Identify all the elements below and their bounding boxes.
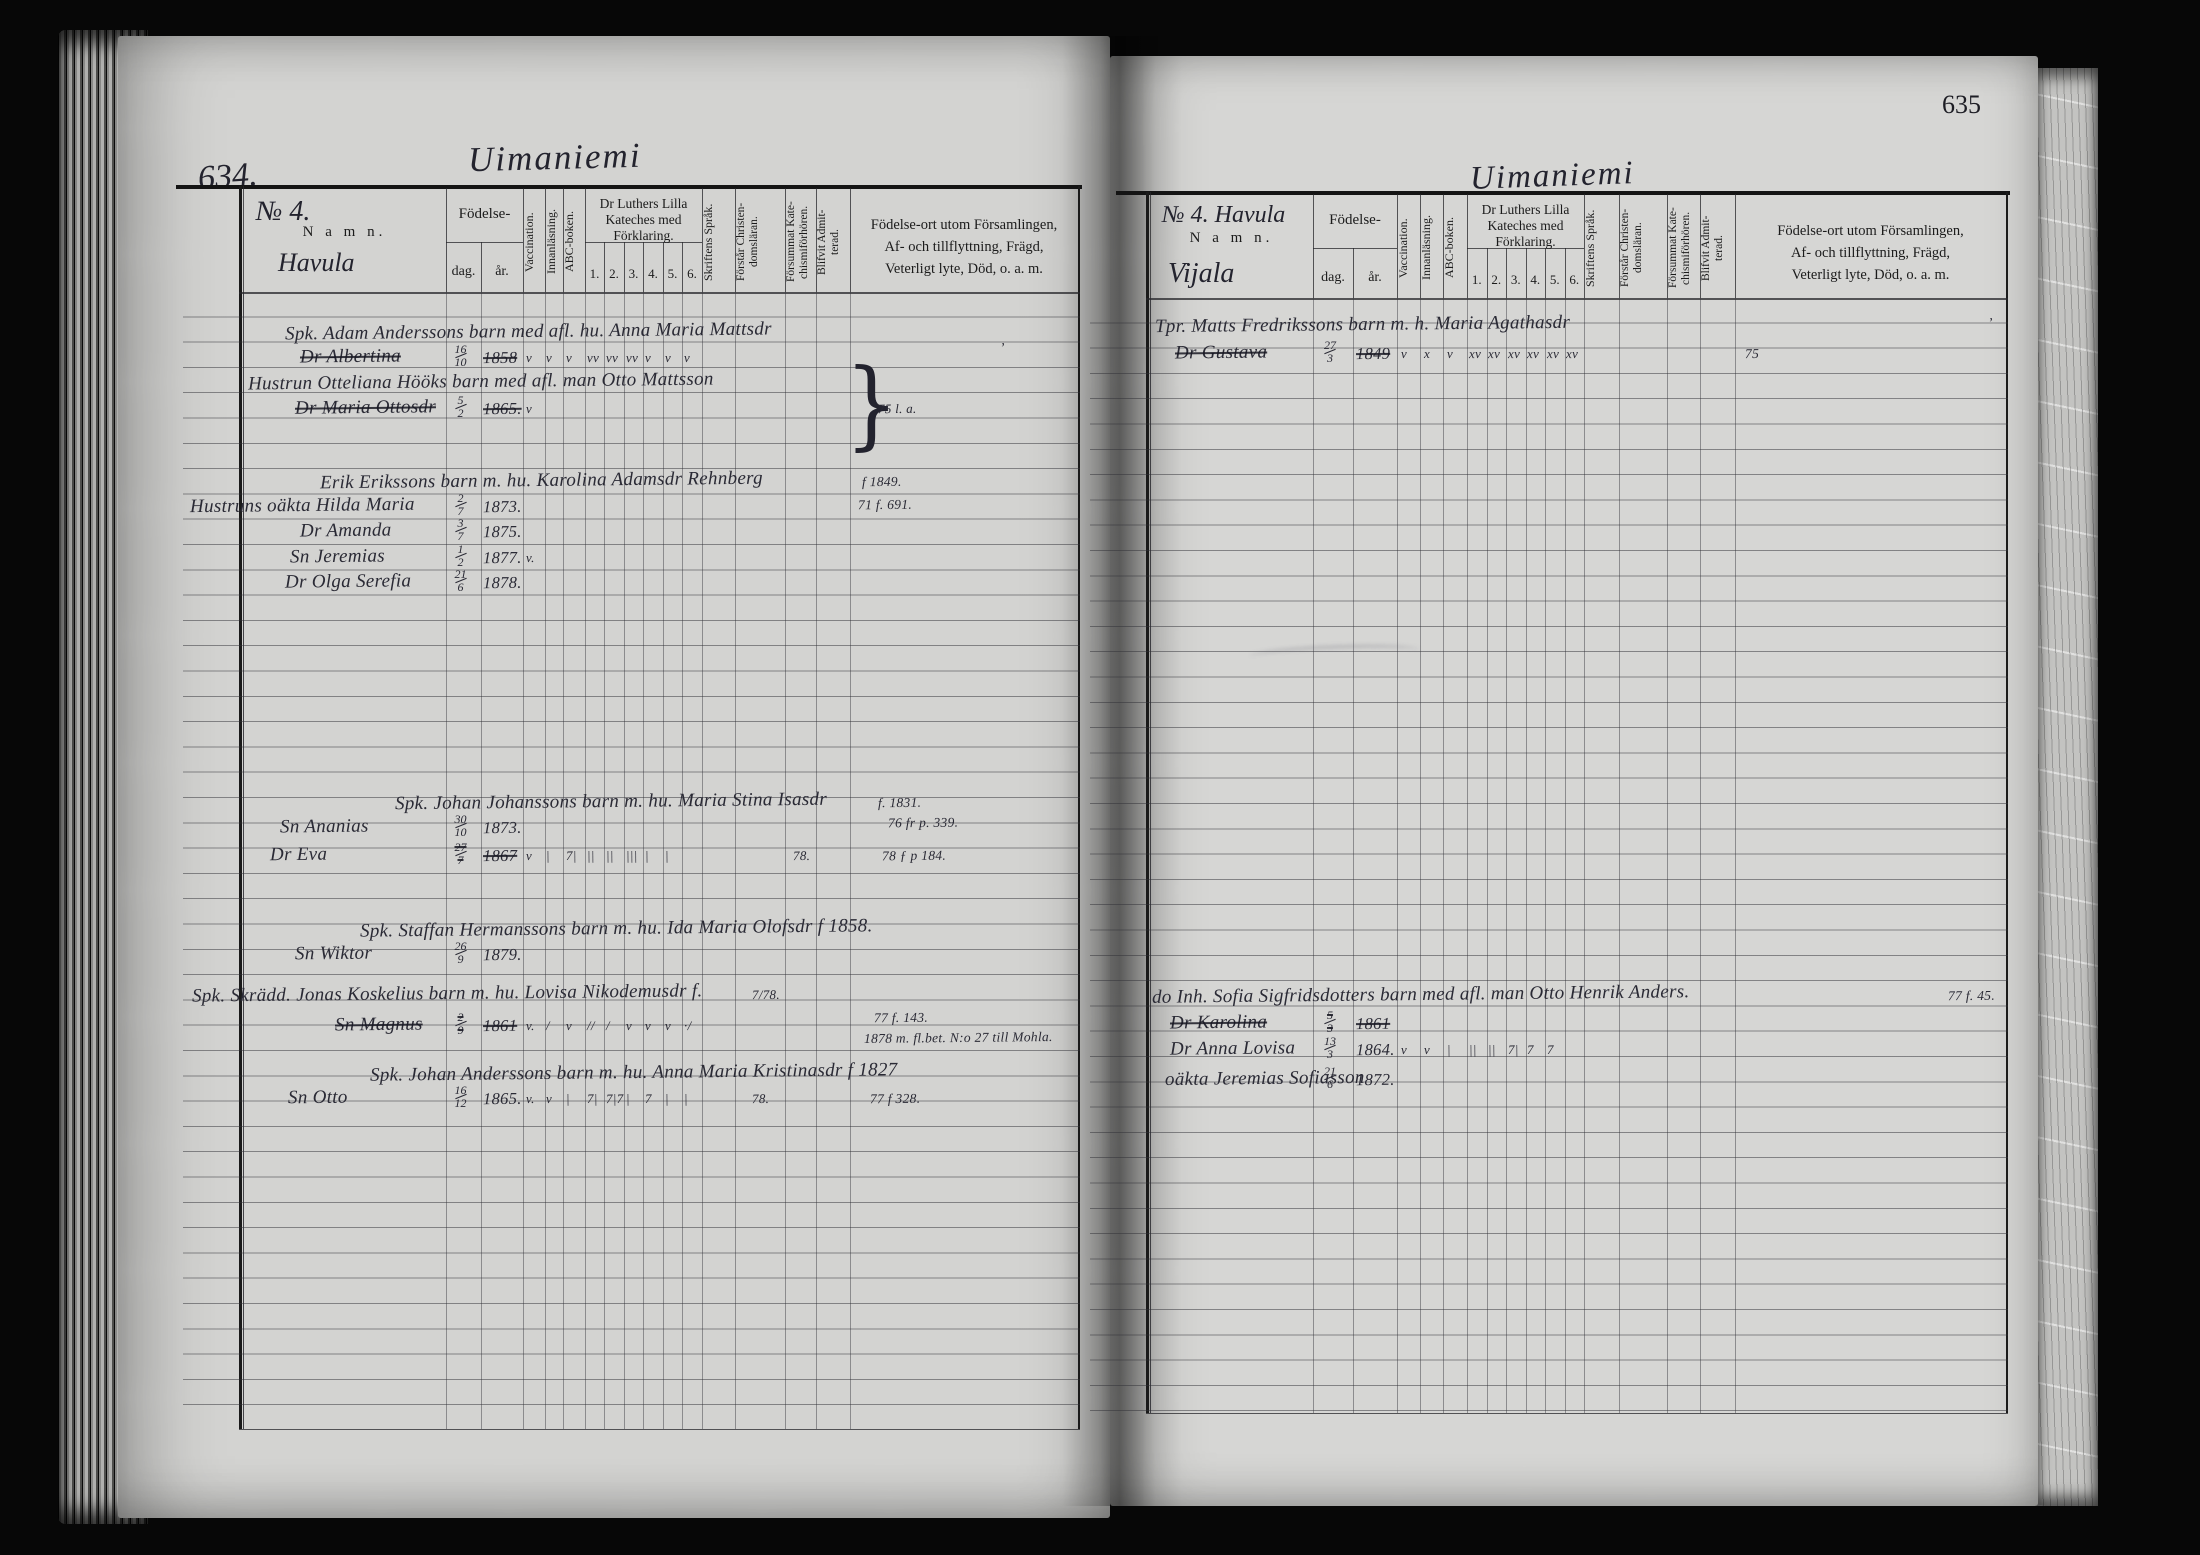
birth-year-struck: 1849	[1356, 344, 1390, 364]
header-bottom-rule	[1146, 298, 2008, 300]
header-katekes-number: 3.	[1506, 272, 1526, 288]
record-mark: xv	[1527, 346, 1539, 362]
birth-day-fraction: 216	[1324, 1066, 1336, 1089]
birth-day-fraction: 3010	[455, 814, 467, 837]
header-vaccination: Vaccination.	[523, 194, 545, 290]
table-left-border	[1146, 192, 1149, 1413]
person-name: Hustruns oäkta Hilda Maria	[190, 494, 415, 518]
body-column-line	[585, 292, 586, 1429]
header-katekes: Dr Luthers Lilla Kateches med Förklaring…	[585, 196, 702, 244]
record-mark: v	[526, 350, 532, 366]
person-name: Sn Wiktor	[295, 943, 372, 966]
body-column-line	[1619, 298, 1620, 1413]
header-forstar-christendomslaran: Förstår Christen- domsläran.	[1619, 200, 1667, 296]
birth-year: 1879.	[483, 945, 522, 965]
body-column-line	[682, 292, 683, 1429]
record-mark: /	[606, 1018, 610, 1034]
record-mark: |	[546, 848, 550, 864]
record-mark: 7|	[1508, 1041, 1519, 1057]
record-mark: 7	[645, 1091, 652, 1107]
birth-year-struck: 1867	[483, 846, 517, 866]
header-dag: dag.	[1313, 270, 1353, 286]
person-name: Sn Ananias	[280, 816, 369, 839]
record-mark: xv	[1508, 346, 1520, 362]
body-column-line	[446, 292, 447, 1429]
record-mark: v	[645, 1018, 651, 1034]
person-name struck: Dr Gustava	[1175, 341, 1267, 364]
header-forsummat-katechismiforhoren: Försummat Kate- chismiförhören.	[785, 194, 816, 290]
person-name: Sn Jeremias	[290, 545, 385, 568]
birth-year-struck: 1865.	[483, 398, 522, 418]
record-mark: v	[566, 350, 572, 366]
body-column-line	[643, 292, 644, 1429]
record-mark: ||	[586, 848, 594, 864]
record-mark: 7/78.	[752, 987, 780, 1003]
header-notes-column: Födelse-ort utom Församlingen, Af- och t…	[1735, 220, 2006, 286]
birth-year: 1872.	[1356, 1070, 1395, 1090]
right-household-number: № 4. Havula	[1162, 202, 1285, 229]
body-column-line	[1443, 298, 1444, 1413]
fodelse-split-rule	[1313, 248, 1397, 249]
header-abc-boken: ABC-boken.	[1443, 200, 1467, 296]
birth-day-fraction: 1612	[455, 1085, 467, 1108]
body-column-line	[850, 292, 851, 1429]
body-column-line	[1700, 298, 1701, 1413]
record-mark: x	[1423, 346, 1429, 362]
person-name struck: Sn Magnus	[335, 1013, 423, 1036]
record-mark: |	[684, 1091, 688, 1107]
body-column-line	[735, 292, 736, 1429]
table-right-border	[1078, 186, 1080, 1429]
birth-day-fraction: 269	[455, 941, 467, 964]
birth-day-fraction: 277	[455, 842, 467, 865]
person-name struck: Dr Maria Ottosdr	[295, 396, 436, 419]
birth-day-fraction: 273	[1324, 340, 1336, 363]
birth-day-fraction: 133	[1324, 1036, 1336, 1059]
birth-year: 1873.	[483, 818, 522, 838]
body-column-line	[1545, 298, 1546, 1413]
family-header-entry: Tpr. Matts Fredrikssons barn m. h. Maria…	[1155, 312, 1570, 338]
record-mark: v	[1423, 1041, 1429, 1057]
body-column-line	[1667, 298, 1668, 1413]
birth-year: 1878.	[483, 573, 522, 593]
header-ar: år.	[1353, 270, 1397, 286]
body-column-line	[1150, 298, 1151, 1413]
body-column-line	[1565, 298, 1566, 1413]
body-column-line	[523, 292, 524, 1429]
person-name: Dr Eva	[270, 844, 327, 867]
left-village-name: Havula	[278, 248, 355, 278]
birth-year: 1877.	[483, 548, 522, 568]
record-mark: v.	[526, 1018, 535, 1034]
record-mark: vv	[606, 350, 618, 366]
body-column-line	[702, 292, 703, 1429]
header-bottom-rule	[239, 292, 1080, 294]
left-page-title-script: Uimaniemi	[468, 136, 643, 181]
header-innanlasning: Innanläsning.	[1420, 200, 1443, 296]
birth-year: 1873.	[483, 497, 522, 517]
record-mark: xv	[1469, 346, 1481, 362]
register-note: 77 f. 143.	[874, 1010, 928, 1027]
person-name: Dr Anna Lovisa	[1170, 1037, 1295, 1060]
header-katekes-number: 6.	[1565, 272, 1585, 288]
register-note: f. 1831.	[878, 795, 921, 811]
header-skriftens-sprak: Skriftens Språk.	[1584, 200, 1619, 296]
body-column-line	[624, 292, 625, 1429]
record-mark: vv	[625, 350, 637, 366]
register-note: 77 f. 45.	[1948, 988, 1995, 1004]
table-right-border	[2006, 192, 2008, 1413]
table-top-rule	[176, 185, 1082, 189]
record-mark: 7	[1527, 1041, 1534, 1057]
book-right-page-edges	[2036, 68, 2098, 1506]
body-column-line	[563, 292, 564, 1429]
header-namn: N a m n.	[243, 224, 446, 241]
body-column-line	[663, 292, 664, 1429]
birth-year: 1864.	[1356, 1039, 1395, 1059]
person-name: Sn Otto	[288, 1087, 348, 1110]
record-mark: xv	[1488, 346, 1500, 362]
header-katekes: Dr Luthers Lilla Kateches med Förklaring…	[1467, 202, 1584, 250]
table-left-border	[239, 186, 242, 1429]
person-name: Dr Amanda	[300, 520, 392, 543]
header-vaccination: Vaccination.	[1397, 200, 1420, 296]
header-dag: dag.	[446, 264, 481, 280]
margin-brace-note: 75 l. a.	[878, 400, 917, 416]
body-column-line	[1487, 298, 1488, 1413]
record-mark: v	[566, 1018, 572, 1034]
header-namn: N a m n.	[1150, 230, 1313, 247]
header-ar: år.	[481, 264, 523, 280]
body-column-line	[243, 292, 244, 1429]
birth-day-fraction: 53	[1324, 1010, 1336, 1033]
register-note: f 1849.	[862, 474, 902, 490]
table-bottom-rule	[239, 1429, 1080, 1430]
record-mark: ||	[606, 848, 614, 864]
page-number-left: 634.	[197, 156, 259, 198]
record-mark: 7	[1547, 1041, 1554, 1057]
birth-day-fraction: 27	[455, 493, 467, 516]
record-mark: ||	[1488, 1041, 1496, 1057]
register-note: ʼ	[1988, 315, 1993, 331]
body-column-line	[1735, 298, 1736, 1413]
record-mark: v.	[526, 1091, 535, 1107]
record-mark: ·/	[684, 1018, 692, 1034]
record-mark: |	[625, 1091, 629, 1107]
table-bottom-rule	[1146, 1413, 2008, 1414]
record-mark: v	[1447, 346, 1453, 362]
header-innanlasning: Innanläsning.	[545, 194, 563, 290]
record-mark: v	[664, 1018, 670, 1034]
body-column-line	[1584, 298, 1585, 1413]
birth-day-fraction: 52	[455, 395, 467, 418]
header-skriftens-sprak: Skriftens Språk.	[702, 194, 735, 290]
record-mark: v	[526, 400, 532, 416]
body-column-line	[1313, 298, 1314, 1413]
header-katekes-number: 2.	[604, 266, 624, 282]
header-katekes-number: 2.	[1487, 272, 1507, 288]
birth-day-fraction: 29	[455, 1012, 467, 1035]
body-column-line	[481, 292, 482, 1429]
header-katekes-number: 4.	[643, 266, 663, 282]
register-note: 75	[1745, 346, 1759, 362]
birth-day-fraction: 216	[455, 569, 467, 592]
register-note: 78 ƒ p 184.	[882, 848, 946, 865]
record-mark: v	[546, 1091, 552, 1107]
record-mark: v	[664, 350, 670, 366]
register-note: ʼ	[1000, 340, 1005, 356]
fodelse-split-rule	[446, 242, 523, 243]
header-katekes-number: 4.	[1526, 272, 1546, 288]
body-column-line	[1467, 298, 1468, 1413]
body-column-line	[604, 292, 605, 1429]
header-blifvit-admitterad: Blifvit Admit- terad.	[816, 194, 850, 290]
birth-year-struck: 1858	[483, 348, 517, 368]
record-mark: //	[586, 1018, 594, 1034]
church-record-book-scan: 634. Uimaniemi Uimaniemi 635 № 4. Havula…	[0, 0, 2200, 1555]
birth-year: 1875.	[483, 522, 522, 542]
record-mark: /	[546, 1018, 550, 1034]
birth-day-fraction: 1610	[455, 344, 467, 367]
register-note: 77 f 328.	[870, 1091, 920, 1108]
register-note: 71 f. 691.	[858, 496, 912, 513]
record-mark: 7|7	[606, 1091, 624, 1107]
record-mark: 7|	[586, 1091, 597, 1107]
record-mark: |	[1447, 1041, 1451, 1057]
birth-year: 1865.	[483, 1089, 522, 1109]
header-katekes-number: 1.	[1467, 272, 1487, 288]
record-mark: |	[566, 1091, 570, 1107]
register-note: 76 fr p. 339.	[888, 815, 958, 832]
record-mark: v	[546, 350, 552, 366]
person-name: Dr Olga Serefia	[285, 570, 411, 593]
header-fodelse: Födelse-	[1313, 212, 1397, 229]
body-column-line	[1353, 298, 1354, 1413]
family-header-entry: Erik Erikssons barn m. hu. Karolina Adam…	[320, 468, 763, 495]
person-name struck: Dr Albertina	[300, 345, 401, 368]
birth-day-fraction: 37	[455, 518, 467, 541]
table-top-rule	[1116, 191, 2010, 195]
record-mark: 7|	[566, 848, 577, 864]
family-header-entry: Spk. Adam Anderssons barn med afl. hu. A…	[285, 318, 772, 345]
record-mark: xv	[1547, 346, 1559, 362]
header-forstar-christendomslaran: Förstår Christen- domsläran.	[735, 194, 785, 290]
person-name struck: Dr Karolina	[1170, 1012, 1267, 1035]
record-mark: v	[1400, 1041, 1406, 1057]
header-notes-column: Födelse-ort utom Församlingen, Af- och t…	[850, 214, 1078, 280]
record-mark: ||	[1469, 1041, 1477, 1057]
record-mark: 78.	[752, 1091, 769, 1107]
record-mark: v	[1400, 346, 1406, 362]
record-mark: v	[684, 350, 690, 366]
body-column-line	[785, 292, 786, 1429]
header-blifvit-admitterad: Blifvit Admit- terad.	[1700, 200, 1735, 296]
birth-day-fraction: 12	[455, 544, 467, 567]
record-mark: vv	[586, 350, 598, 366]
header-fodelse: Födelse-	[446, 206, 523, 223]
record-mark: v.	[526, 550, 535, 566]
header-katekes-number: 6.	[682, 266, 702, 282]
record-mark: xv	[1566, 346, 1578, 362]
page-number-right: 635	[1942, 90, 1981, 120]
record-mark: v	[645, 350, 651, 366]
body-column-line	[816, 292, 817, 1429]
record-mark: |	[664, 848, 668, 864]
record-mark: v	[625, 1018, 631, 1034]
record-mark: v	[526, 848, 532, 864]
body-column-line	[1526, 298, 1527, 1413]
header-katekes-number: 5.	[1545, 272, 1565, 288]
body-column-line	[1506, 298, 1507, 1413]
birth-year-struck: 1861	[1356, 1014, 1390, 1034]
header-katekes-number: 1.	[585, 266, 604, 282]
record-mark: |	[664, 1091, 668, 1107]
body-column-line	[1420, 298, 1421, 1413]
header-katekes-number: 3.	[624, 266, 643, 282]
record-mark: |||	[625, 848, 637, 864]
register-note: 1878 m. fl.bet. N:o 27 till Mohla.	[864, 1029, 1053, 1047]
header-abc-boken: ABC-boken.	[563, 194, 585, 290]
right-village-name: Vijala	[1168, 258, 1234, 290]
record-mark: 78.	[792, 848, 809, 864]
record-mark: |	[645, 848, 649, 864]
body-column-line	[1397, 298, 1398, 1413]
header-forsummat-katechismiforhoren: Försummat Kate- chismiförhören.	[1667, 200, 1700, 296]
header-katekes-number: 5.	[663, 266, 682, 282]
birth-year-struck: 1861	[483, 1016, 517, 1036]
